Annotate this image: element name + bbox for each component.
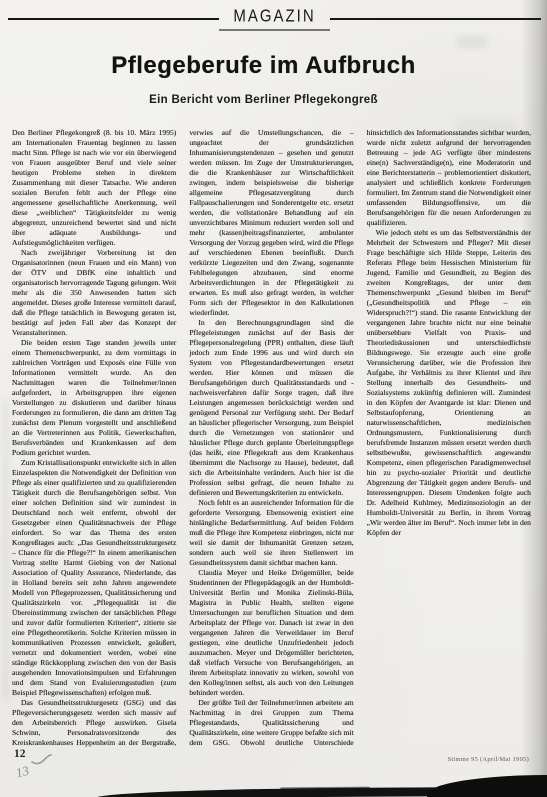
scan-smudge [457, 118, 517, 158]
article-paragraph: Nach zweijähriger Vorbereitung ist den O… [12, 248, 176, 338]
page-number: 12 [14, 748, 26, 760]
article-body: Den Berliner Pflegekongreß (8. bis 10. M… [12, 128, 531, 750]
issue-label: Stimme 95 (April/Mai 1995) [448, 756, 529, 763]
article-title: Pflegeberufe im Aufbruch [0, 52, 527, 80]
article-paragraph: Die beiden ersten Tage standen jeweils u… [12, 338, 176, 458]
scanned-magazine-page: MAGAZIN Pflegeberufe im Aufbruch Ein Ber… [0, 0, 547, 797]
article-paragraph: In den Berechnungsgrundlagen sind die Pf… [189, 318, 353, 498]
scan-shadow-corner [427, 775, 547, 797]
header-rule-left [8, 18, 219, 20]
article-paragraph: Claudia Meyer und Heike Drögemüller, bei… [189, 568, 353, 698]
article-paragraph: Noch fehlt es an ausreichender Informati… [189, 498, 353, 568]
section-label: MAGAZIN [219, 6, 329, 30]
article-paragraph: Wie jedoch steht es um das Selbstverstän… [367, 228, 531, 538]
article-paragraph: Zum Kristallisationspunkt entwickelte si… [12, 458, 176, 698]
scan-smudge [2, 400, 10, 700]
scan-smudge [457, 36, 487, 48]
magazin-header: MAGAZIN [8, 8, 541, 29]
handwritten-note: 13 [14, 763, 30, 782]
header-rule-right [330, 18, 541, 20]
pen-mark [30, 752, 52, 766]
article-paragraph: Den Berliner Pflegekongreß (8. bis 10. M… [12, 128, 176, 248]
article-subtitle: Ein Bericht vom Berliner Pflegekongreß [0, 94, 527, 106]
